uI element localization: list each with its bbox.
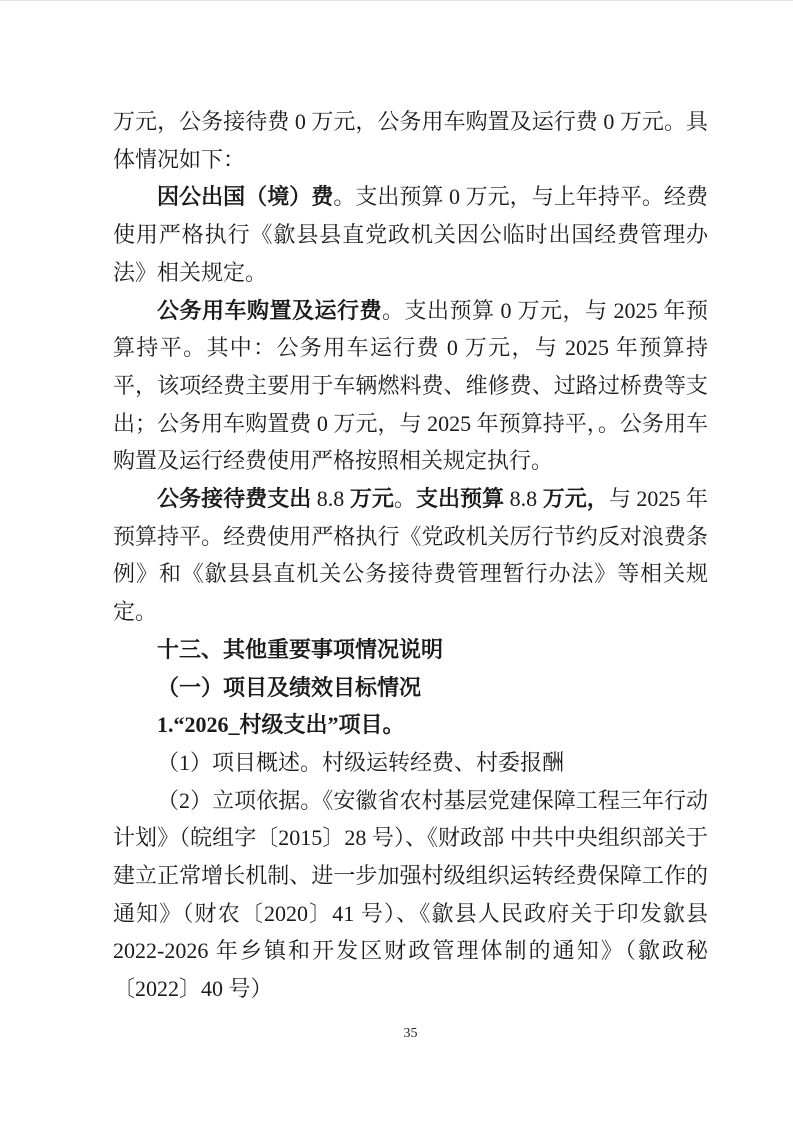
document-body: 万元，公务接待费 0 万元，公务用车购置及运行费 0 万元。具体情况如下： 因公… xyxy=(113,103,708,1008)
reception-fee-amount-1: 8.8 xyxy=(311,486,350,511)
reception-fee-amount-2: 8.8 xyxy=(504,486,543,511)
reception-fee-period: 。 xyxy=(394,486,416,511)
item-heading-village-expense: 1.“2026_村级支出”项目。 xyxy=(113,706,708,744)
vehicle-fee-lead: 公务用车购置及运行费 xyxy=(157,298,382,323)
paragraph-vehicle-fee: 公务用车购置及运行费。支出预算 0 万元，与 2025 年预算持平。其中：公务用… xyxy=(113,292,708,481)
vehicle-fee-body: 。支出预算 0 万元，与 2025 年预算持平。其中：公务用车运行费 0 万元，… xyxy=(113,298,708,474)
abroad-fee-lead: 因公出国（境）费 xyxy=(157,184,333,209)
paragraph-reception-fee: 公务接待费支出 8.8 万元。支出预算 8.8 万元，与 2025 年预算持平。… xyxy=(113,480,708,631)
paragraph-abroad-fee: 因公出国（境）费。支出预算 0 万元，与上年持平。经费使用严格执行《歙县县直党政… xyxy=(113,178,708,291)
reception-fee-seg-1: 公务接待费支出 xyxy=(157,486,311,511)
reception-fee-seg-4: 万元， xyxy=(543,486,609,511)
paragraph-continuation: 万元，公务接待费 0 万元，公务用车购置及运行费 0 万元。具体情况如下： xyxy=(113,103,708,178)
reception-fee-seg-3: 支出预算 xyxy=(416,486,504,511)
section-heading-13: 十三、其他重要事项情况说明 xyxy=(113,631,708,669)
reception-fee-seg-2: 万元 xyxy=(350,486,394,511)
subsection-heading-1: （一）项目及绩效目标情况 xyxy=(113,669,708,707)
paragraph-project-overview: （1）项目概述。村级运转经费、村委报酬 xyxy=(113,744,708,782)
document-page: 万元，公务接待费 0 万元，公务用车购置及运行费 0 万元。具体情况如下： 因公… xyxy=(0,0,793,1122)
paragraph-project-basis: （2）立项依据。《安徽省农村基层党建保障工程三年行动计划》（皖组字〔2015〕2… xyxy=(113,782,708,1008)
page-number: 35 xyxy=(113,1025,708,1043)
